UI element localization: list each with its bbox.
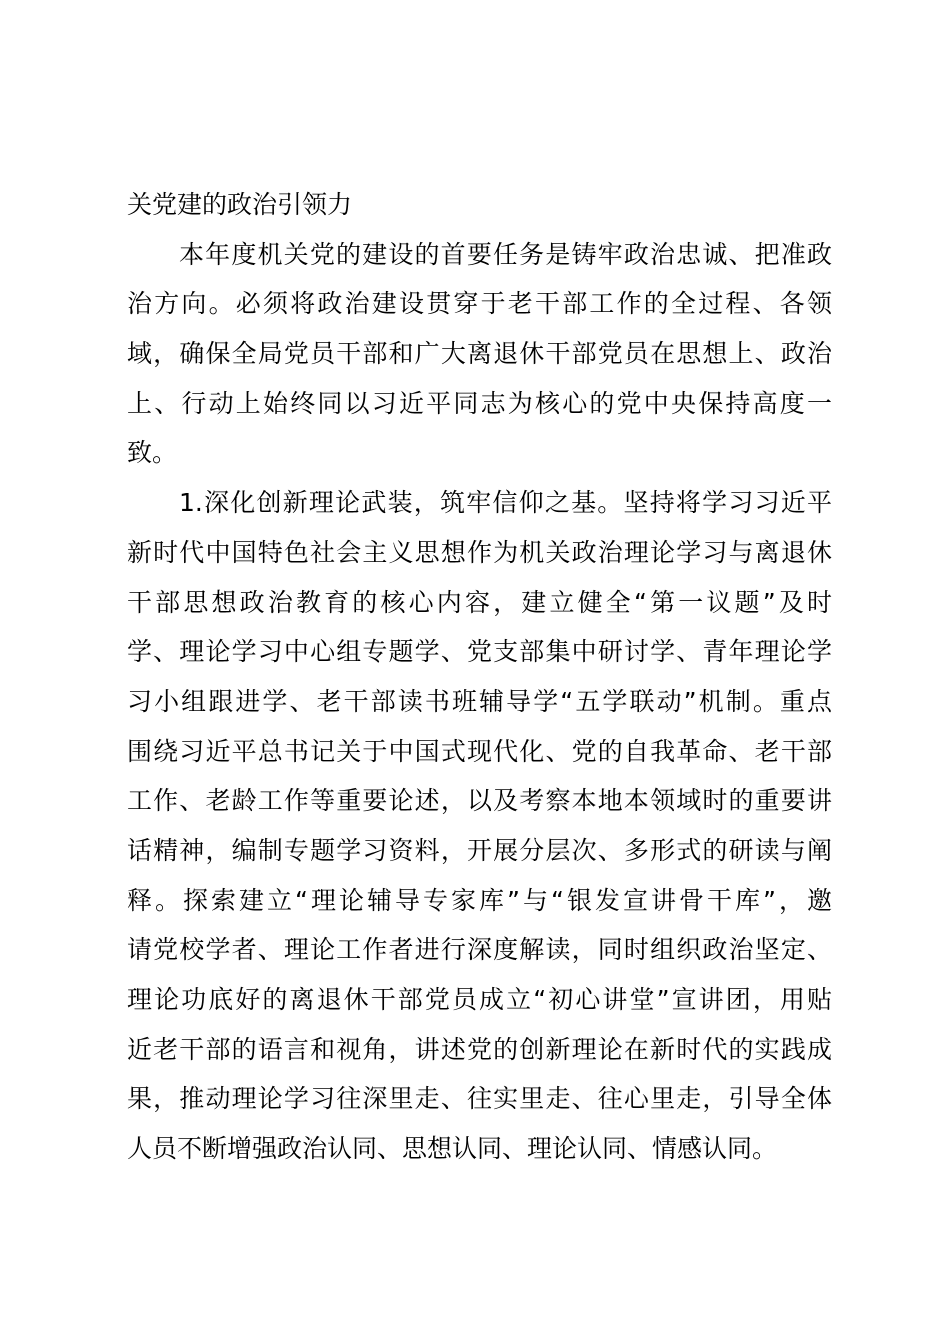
text-line: 1.深化创新理论武装，筑牢信仰之基。坚持将学习习近平 [127, 478, 832, 528]
text-line: 围绕习近平总书记关于中国式现代化、党的自我革命、老干部 [127, 727, 832, 777]
text-line: 释。探索建立“理论辅导专家库”与“银发宣讲骨干库”，邀 [127, 876, 832, 926]
text-line: 上、行动上始终同以习近平同志为核心的党中央保持高度一 [127, 379, 832, 429]
text-line: 治方向。必须将政治建设贯穿于老干部工作的全过程、各领 [127, 279, 832, 329]
document-page: 关党建的政治引领力 本年度机关党的建设的首要任务是铸牢政治忠诚、把准政 治方向。… [0, 0, 950, 1344]
text-line: 致。 [127, 428, 832, 478]
text-line: 学、理论学习中心组专题学、党支部集中研讨学、青年理论学 [127, 627, 832, 677]
text-line: 请党校学者、理论工作者进行深度解读，同时组织政治坚定、 [127, 925, 832, 975]
text-line: 理论功底好的离退休干部党员成立“初心讲堂”宣讲团，用贴 [127, 975, 832, 1025]
text-line: 域，确保全局党员干部和广大离退休干部党员在思想上、政治 [127, 329, 832, 379]
text-line: 果，推动理论学习往深里走、往实里走、往心里走，引导全体 [127, 1074, 832, 1124]
text-line: 近老干部的语言和视角，讲述党的创新理论在新时代的实践成 [127, 1025, 832, 1075]
text-line: 本年度机关党的建设的首要任务是铸牢政治忠诚、把准政 [127, 230, 832, 280]
text-line: 干部思想政治教育的核心内容，建立健全“第一议题”及时 [127, 578, 832, 628]
text-line: 人员不断增强政治认同、思想认同、理论认同、情感认同。 [127, 1124, 832, 1174]
document-text-block: 关党建的政治引领力 本年度机关党的建设的首要任务是铸牢政治忠诚、把准政 治方向。… [127, 180, 832, 1174]
text-line: 工作、老龄工作等重要论述，以及考察本地本领域时的重要讲 [127, 776, 832, 826]
text-line: 新时代中国特色社会主义思想作为机关政治理论学习与离退休 [127, 528, 832, 578]
text-line: 习小组跟进学、老干部读书班辅导学“五学联动”机制。重点 [127, 677, 832, 727]
text-line: 话精神，编制专题学习资料，开展分层次、多形式的研读与阐 [127, 826, 832, 876]
text-line: 关党建的政治引领力 [127, 180, 832, 230]
